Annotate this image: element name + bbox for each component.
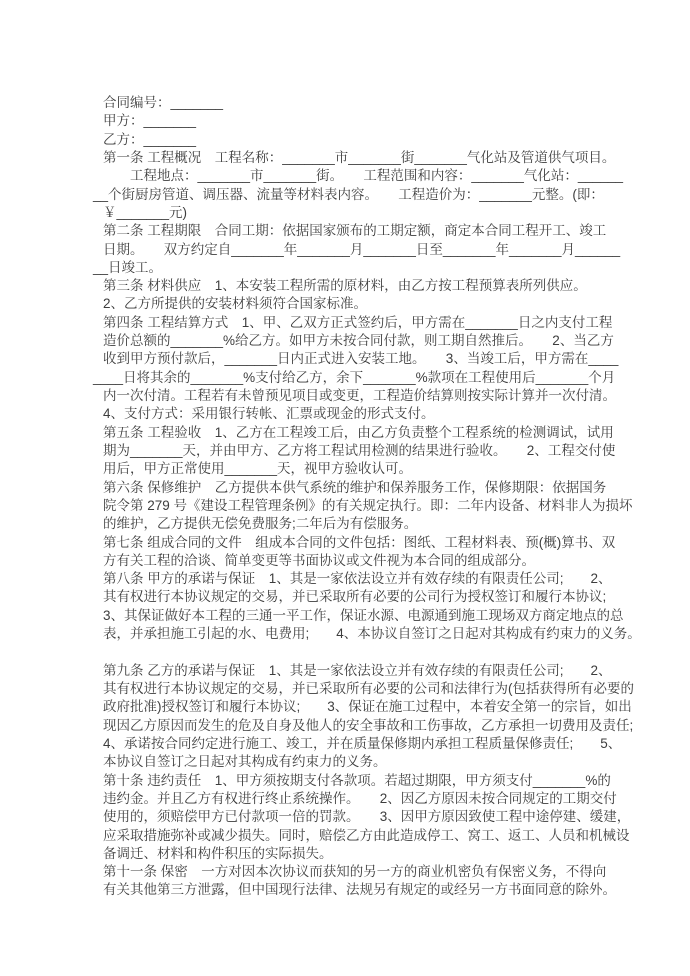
text-line: 第八条 甲方的承诺与保证 1、其是一家依法设立并有效存续的有限责任公司; 2、 (103, 570, 608, 588)
text-line: 第二条 工程期限 合同工期：依据国家颁布的工期定额，商定本合同工程开工、竣工 (103, 222, 608, 240)
text-line: 有关其他第三方泄露，但中国现行法律、法规另有规定的或经另一方书面同意的除外。 (103, 881, 608, 899)
text-line: 期为_______天，并由甲方、乙方将工程试用检测的结果进行验收。 2、工程交付… (103, 442, 608, 460)
text-line: 现因乙方原因而发生的危及自身及他人的安全事故和工伤事故，乙方承担一切费用及责任; (103, 717, 608, 735)
text-line: 第三条 材料供应 1、本安装工程所需的原材料，由乙方按工程预算表所列供应。 (103, 277, 608, 295)
text-line: 甲方：_______ (103, 112, 608, 130)
text-line: 本协议自签订之日起对其构成有约束力的义务。 (103, 753, 608, 771)
text-line: 第十一条 保密 一方对因本次协议而获知的另一方的商业机密负有保密义务，不得向 (103, 863, 608, 881)
text-line: ￥_______元) (103, 204, 608, 222)
text-line: 4、承诺按合同约定进行施工、竣工，并在质量保修期内承担工程质量保修责任; 5、 (103, 735, 608, 753)
text-line: 院令第 279 号《建设工程管理条例》的有关规定执行。即：二年内设备、材料非人为… (103, 497, 608, 515)
contract-page: 合同编号：_______甲方：_______乙方：_______第一条 工程概况… (0, 0, 690, 976)
text-line: 第九条 乙方的承诺与保证 1、其是一家依法设立并有效存续的有限责任公司; 2、 (103, 662, 608, 680)
text-line: 政府批准)授权签订和履行本协议; 3、保证在施工过程中，本着安全第一的宗旨，如出 (103, 698, 608, 716)
text-line: 第十条 违约责任 1、甲方须按期支付各款项。若超过期限，甲方须支付_______… (103, 772, 608, 790)
text-line: 2、乙方所提供的安装材料须符合国家标准。 (103, 295, 608, 313)
text-line: 4、支付方式：采用银行转帐、汇票或现金的形式支付。 (103, 405, 608, 423)
text-line: 其有权进行本协议规定的交易，并已采取所有必要的公司行为授权签订和履行本协议; (103, 588, 608, 606)
text-line: 违约金。并且乙方有权进行终止系统操作。 2、因乙方原因未按合同规定的工期交付 (103, 790, 608, 808)
text-line: 第五条 工程验收 1、乙方在工程竣工后，由乙方负责整个工程系统的检测调试，试用 (103, 424, 608, 442)
text-line: 第六条 保修维护 乙方提供本供气系统的维护和保养服务工作，保修期限：依据国务 (103, 479, 608, 497)
text-line: 使用的，须赔偿甲方已付款项一倍的罚款。 3、因甲方原因致使工程中途停建、缓建， (103, 808, 608, 826)
contract-document: 合同编号：_______甲方：_______乙方：_______第一条 工程概况… (103, 94, 608, 900)
text-line: 第七条 组成合同的文件 组成本合同的文件包括：图纸、工程材料表、预(概)算书、双 (103, 534, 608, 552)
text-line: 第一条 工程概况 工程名称：_______市_______街_______气化站… (103, 149, 608, 167)
text-line: 备调迁、材料和构件积压的实际损失。 (103, 845, 608, 863)
text-line: 日期。 双方约定自_______年_______月_______日至______… (103, 241, 608, 259)
text-line: 用后，甲方正常使用_______天，视甲方验收认可。 (103, 460, 608, 478)
text-line: 造价总额的_______%给乙方。如甲方未按合同付款，则工期自然推后。 2、当乙… (103, 332, 608, 350)
text-line: 收到甲方预付款后，_______日内正式进入安装工地。 3、当竣工后，甲方需在_… (103, 350, 608, 368)
text-line: 内一次付清。工程若有未曾预见项目或变更，工程造价结算则按实际计算并一次付清。 (103, 387, 608, 405)
text-line: 方有关工程的洽谈、简单变更等书面协议或文件视为本合同的组成部分。 (103, 552, 608, 570)
text-line: 合同编号：_______ (103, 94, 608, 112)
text-line: 第四条 工程结算方式 1、甲、乙双方正式签约后，甲方需在_______日之内支付… (103, 314, 608, 332)
text-line: __日竣工。 (93, 259, 608, 277)
text-line: 3、其保证做好本工程的三通一平工作，保证水源、电源通到施工现场双方商定地点的总 (103, 607, 608, 625)
text-line: 乙方：_______ (103, 131, 608, 149)
text-line: 其有权进行本协议规定的交易，并已采取所有必要的公司和法律行为(包括获得所有必要的 (103, 680, 608, 698)
text-line: ____日将其余的_______%支付给乙方，余下_______%款项在工程使用… (93, 369, 608, 387)
text-line (103, 643, 608, 661)
text-line: 应采取措施弥补或减少损失。同时，赔偿乙方由此造成停工、窝工、返工、人员和机械设 (103, 827, 608, 845)
text-line: __个街厨房管道、调压器、流量等材料表内容。 工程造价为：_______元整。(… (93, 186, 608, 204)
text-line: 的维护，乙方提供无偿免费服务;二年后为有偿服务。 (103, 515, 608, 533)
text-line: 表，并承担施工引起的水、电费用; 4、本协议自签订之日起对其构成有约束力的义务。 (103, 625, 608, 643)
text-line: 工程地点：_______市_______街。 工程范围和内容：_______气化… (103, 167, 608, 185)
